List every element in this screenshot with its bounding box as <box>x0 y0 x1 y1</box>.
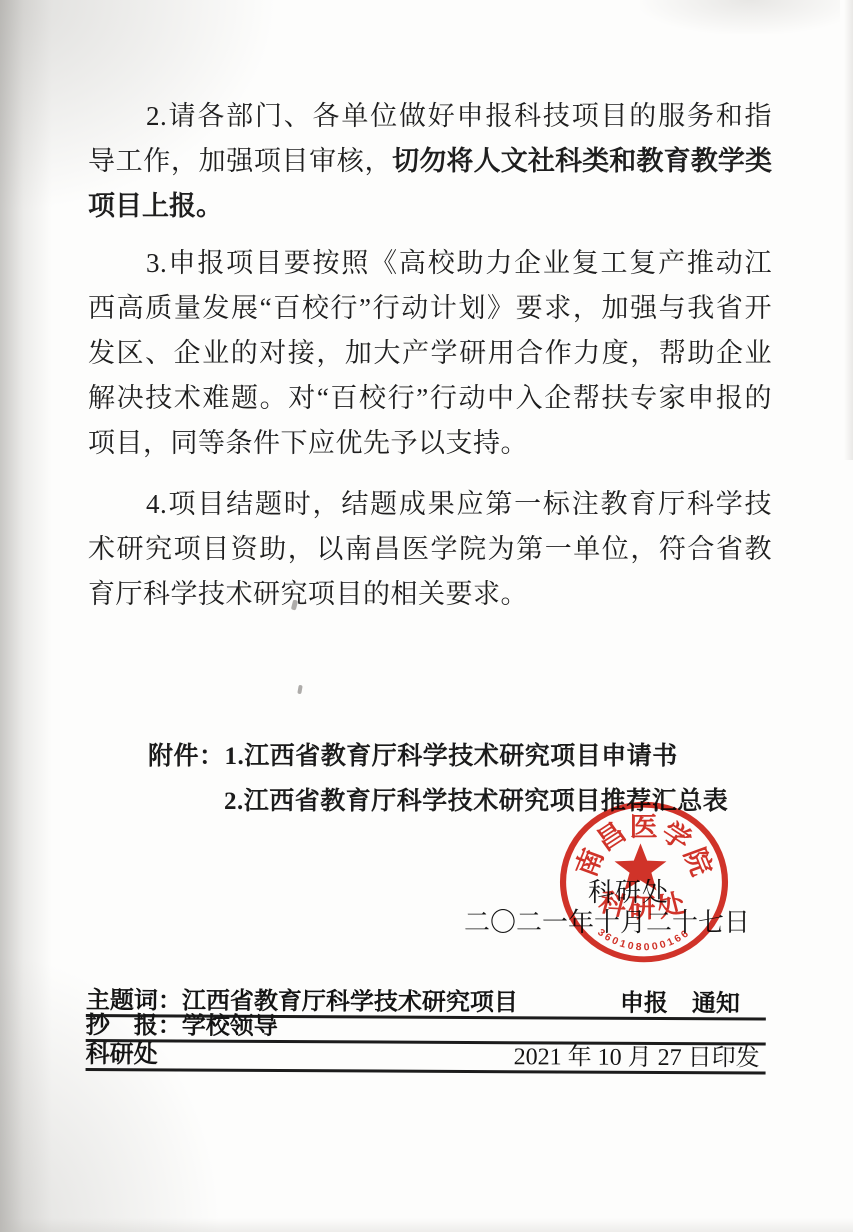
copy-to-value: 学校领导 <box>182 1014 278 1041</box>
copy-to-label: 抄 报： <box>86 1013 182 1040</box>
scan-shadow-bottom <box>0 1218 853 1232</box>
scanned-notice-page: 2.请各部门、各单位做好申报科技项目的服务和指导工作，加强项目审核，切勿将人文社… <box>0 0 853 1232</box>
paragraph-item-2: 2.请各部门、各单位做好申报科技项目的服务和指导工作，加强项目审核，切勿将人文社… <box>88 94 772 229</box>
scan-smudge-top-right <box>640 0 840 34</box>
attachment-item-1: 1.江西省教育厅科学技术研究项目申请书 <box>225 743 678 770</box>
seal-department-text: 科研处 <box>596 887 693 923</box>
paragraph-item-4: 4.项目结题时，结题成果应第一标注教育厅科学技术研究项目资助，以南昌医学院为第一… <box>88 482 772 617</box>
scan-speck <box>297 685 303 695</box>
subject-right-keywords: 申报 通知 <box>620 991 740 1018</box>
scan-shadow-right <box>844 0 853 460</box>
footer-row-issuer: 科研处 2021 年 10 月 27 日印发 <box>86 1042 766 1075</box>
paragraph-item-3: 3.申报项目要按照《高校助力企业复工复产推动江西高质量发展“百校行”行动计划》要… <box>88 241 772 466</box>
subject-label: 主题词： <box>86 988 182 1015</box>
attachment-line-1: 附件：1.江西省教育厅科学技术研究项目申请书 <box>148 734 728 779</box>
issue-date: 2021 年 10 月 27 日印发 <box>514 1044 760 1071</box>
footer-keyword-block: 主题词：江西省教育厅科学技术研究项目 申报 通知 抄 报：学校领导 科研处 20… <box>86 986 766 1075</box>
attachments-label: 附件： <box>148 743 225 770</box>
issuer-department: 科研处 <box>86 1042 158 1068</box>
official-seal: 南昌医学院 科研处 360108000166 <box>556 798 732 966</box>
scan-shadow-bottom-left <box>0 932 240 1232</box>
footer-row-copy-to: 抄 报：学校领导 <box>86 1017 766 1046</box>
seal-star <box>615 843 667 890</box>
